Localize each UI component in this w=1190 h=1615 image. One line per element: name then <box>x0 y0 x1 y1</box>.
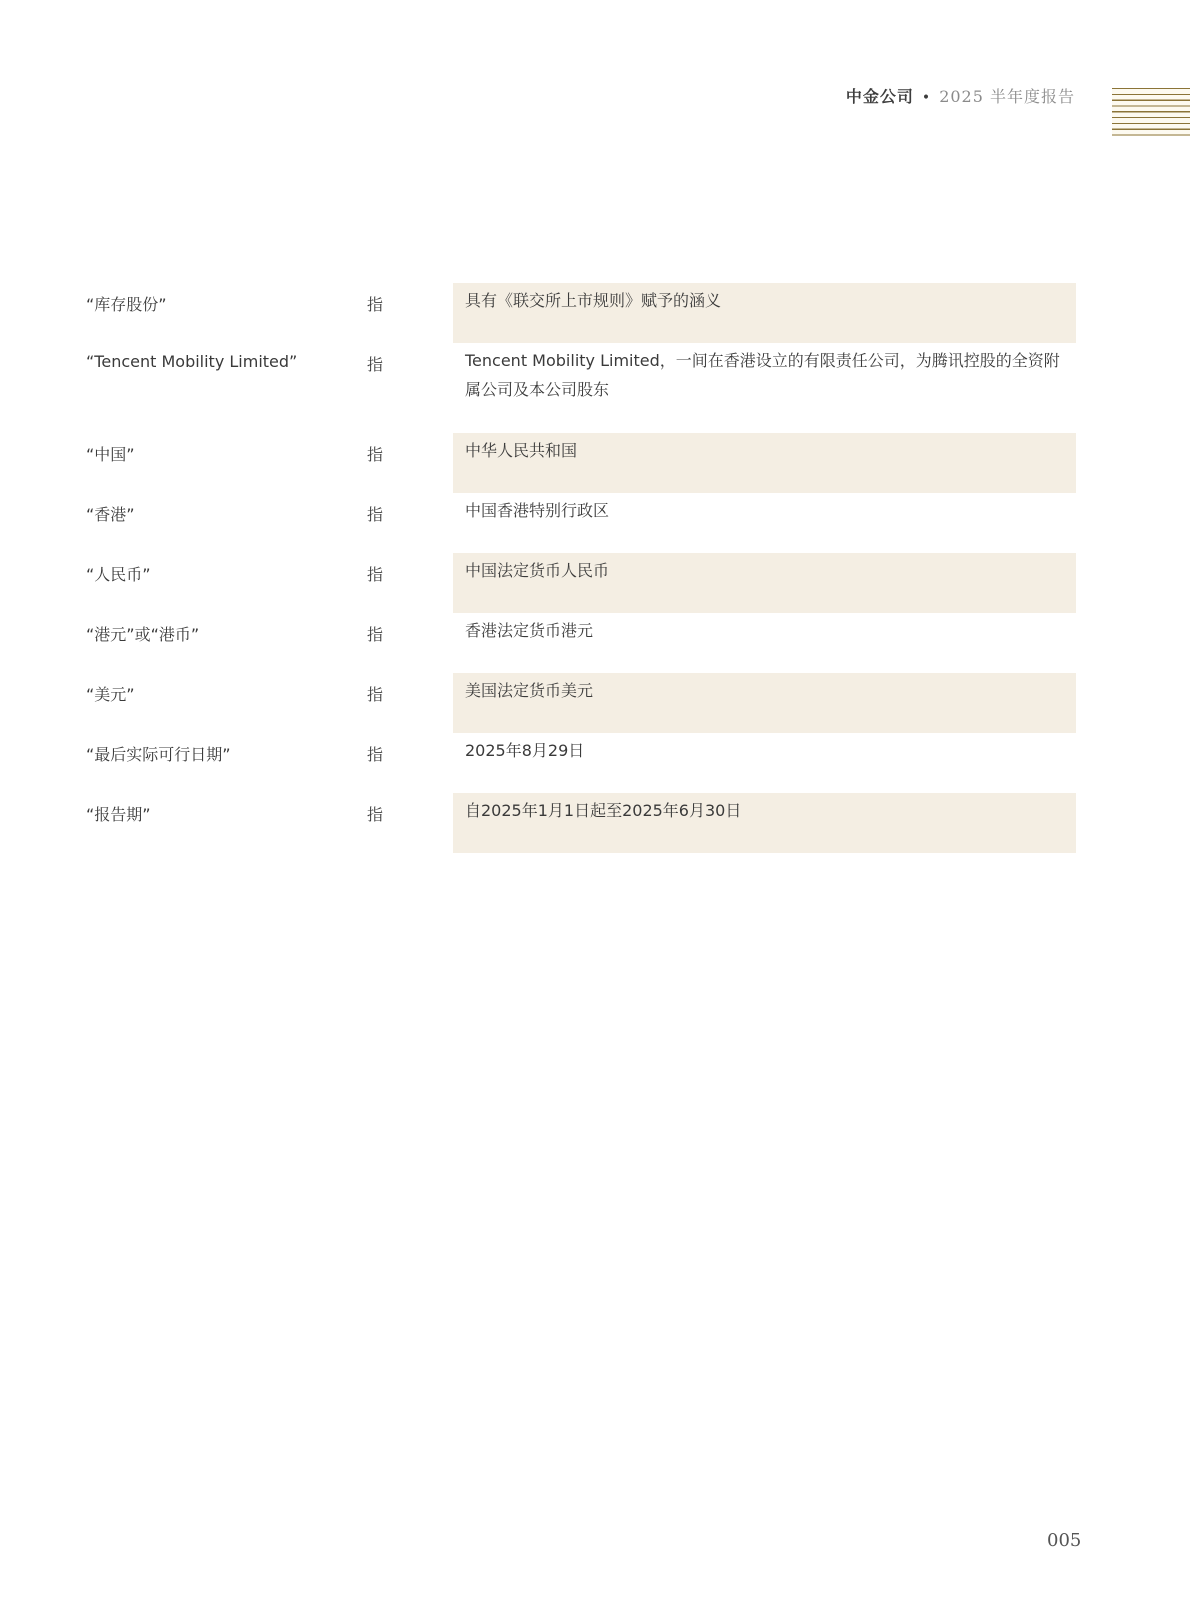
means-label: 指 <box>367 562 383 585</box>
definition-text: 香港法定货币港元 <box>453 613 1076 673</box>
definition-row: “人民币” 指 中国法定货币人民币 <box>0 553 1190 613</box>
report-title: 2025 半年度报告 <box>939 87 1075 106</box>
definition-term: “美元” <box>86 682 135 705</box>
definition-text: 美国法定货币美元 <box>453 673 1076 733</box>
definition-term: “中国” <box>86 442 135 465</box>
means-label: 指 <box>367 742 383 765</box>
definition-text: 中国法定货币人民币 <box>453 553 1076 613</box>
definition-term: “报告期” <box>86 802 151 825</box>
means-label: 指 <box>367 292 383 315</box>
separator-dot: • <box>922 90 931 106</box>
means-label: 指 <box>367 502 383 525</box>
means-label: 指 <box>367 442 383 465</box>
definition-text: 具有《联交所上市规则》赋予的涵义 <box>453 283 1076 343</box>
definition-term: “最后实际可行日期” <box>86 742 231 765</box>
definition-term: “Tencent Mobility Limited” <box>86 352 297 371</box>
definition-text: 自2025年1月1日起至2025年6月30日 <box>453 793 1076 853</box>
definitions-table: “库存股份” 指 具有《联交所上市规则》赋予的涵义 “Tencent Mobil… <box>0 283 1190 853</box>
definition-text: 2025年8月29日 <box>453 733 1076 793</box>
means-label: 指 <box>367 802 383 825</box>
definition-row: “最后实际可行日期” 指 2025年8月29日 <box>0 733 1190 793</box>
definition-text: 中华人民共和国 <box>453 433 1076 493</box>
means-label: 指 <box>367 622 383 645</box>
definition-row: “报告期” 指 自2025年1月1日起至2025年6月30日 <box>0 793 1190 853</box>
means-label: 指 <box>367 682 383 705</box>
definition-text: 中国香港特别行政区 <box>453 493 1076 553</box>
definition-term: “港元”或“港币” <box>86 622 199 645</box>
page-number: 005 <box>1047 1530 1081 1551</box>
running-header: 中金公司•2025 半年度报告 <box>846 84 1075 107</box>
definition-row: “库存股份” 指 具有《联交所上市规则》赋予的涵义 <box>0 283 1190 343</box>
definition-row: “港元”或“港币” 指 香港法定货币港元 <box>0 613 1190 673</box>
definition-term: “香港” <box>86 502 135 525</box>
means-label: 指 <box>367 352 383 375</box>
definition-row: “美元” 指 美国法定货币美元 <box>0 673 1190 733</box>
definition-term: “人民币” <box>86 562 151 585</box>
decorative-stripes <box>1112 88 1190 136</box>
definition-text: Tencent Mobility Limited，一间在香港设立的有限责任公司，… <box>453 343 1076 433</box>
definition-row: “中国” 指 中华人民共和国 <box>0 433 1190 493</box>
company-name: 中金公司 <box>846 87 914 106</box>
definition-row: “香港” 指 中国香港特别行政区 <box>0 493 1190 553</box>
definition-term: “库存股份” <box>86 292 167 315</box>
definition-row: “Tencent Mobility Limited” 指 Tencent Mob… <box>0 343 1190 433</box>
